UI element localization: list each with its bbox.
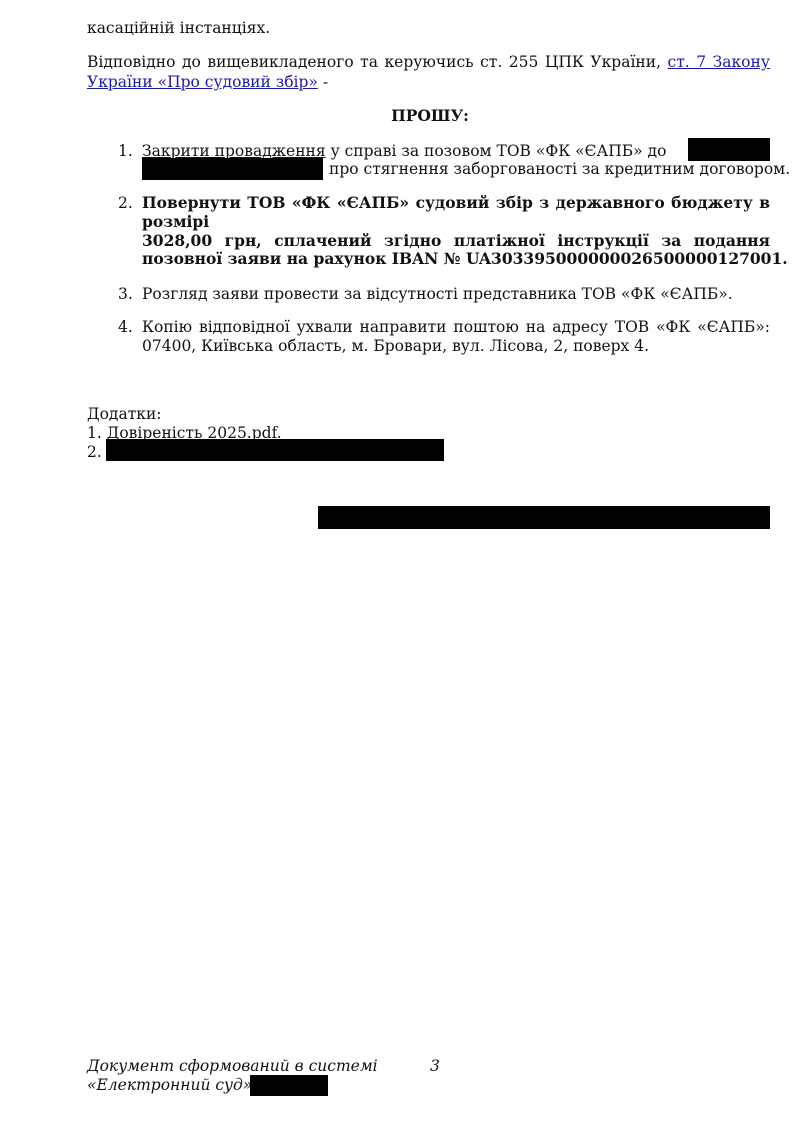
- request-2-line2: розмірі: [142, 212, 209, 232]
- attachment-item: 2.: [87, 442, 102, 462]
- redacted-attachment: [106, 439, 444, 461]
- attachment-number: 2.: [87, 443, 102, 461]
- request-3-line1: Розгляд заяви провести за відсутності пр…: [142, 284, 733, 304]
- redacted-footer-id: [250, 1075, 328, 1096]
- law-link[interactable]: ст. 7 Закону: [668, 53, 770, 71]
- request-heading: ПРОШУ:: [0, 106, 800, 126]
- redacted-signature: [318, 506, 770, 529]
- request-2-line1: Повернути ТОВ «ФК «ЄАПБ» судовий збір з …: [142, 193, 770, 213]
- request-2-line3: 3028,00 грн, сплачений згідно платіжної …: [142, 231, 770, 251]
- request-1-text: у справі за позовом ТОВ «ФК «ЄАПБ» до: [326, 142, 667, 160]
- request-4-line2: 07400, Київська область, м. Бровари, вул…: [142, 336, 649, 356]
- request-number: 1.: [118, 141, 133, 161]
- footer-line1: Документ сформований в системі: [87, 1057, 378, 1076]
- attachment-number: 1.: [87, 424, 102, 442]
- redacted-defendant-name: [688, 138, 770, 161]
- attachments-title: Додатки:: [87, 404, 162, 424]
- request-number: 2.: [118, 193, 133, 213]
- footer-line2: «Електронний суд»: [87, 1076, 252, 1095]
- intro-text: Відповідно до вищевикладеного та керуючи…: [87, 53, 661, 71]
- intro-paragraph-line2: України «Про судовий збір» -: [87, 72, 328, 92]
- intro-line: касаційній інстанціях.: [87, 18, 270, 38]
- request-number: 3.: [118, 284, 133, 304]
- page-number: 3: [430, 1057, 440, 1076]
- request-2-line4: позовної заяви на рахунок IBAN № UA30339…: [142, 249, 788, 269]
- law-link-continued[interactable]: України «Про судовий збір»: [87, 73, 318, 91]
- intro-paragraph-line1: Відповідно до вищевикладеного та керуючи…: [87, 52, 770, 72]
- request-1-line2: про стягнення заборгованості за кредитни…: [329, 159, 790, 179]
- request-4-line1: Копію відповідної ухвали направити пошто…: [142, 317, 770, 337]
- request-number: 4.: [118, 317, 133, 337]
- intro-dash: -: [318, 73, 328, 91]
- redacted-defendant-name-continued: [142, 158, 323, 180]
